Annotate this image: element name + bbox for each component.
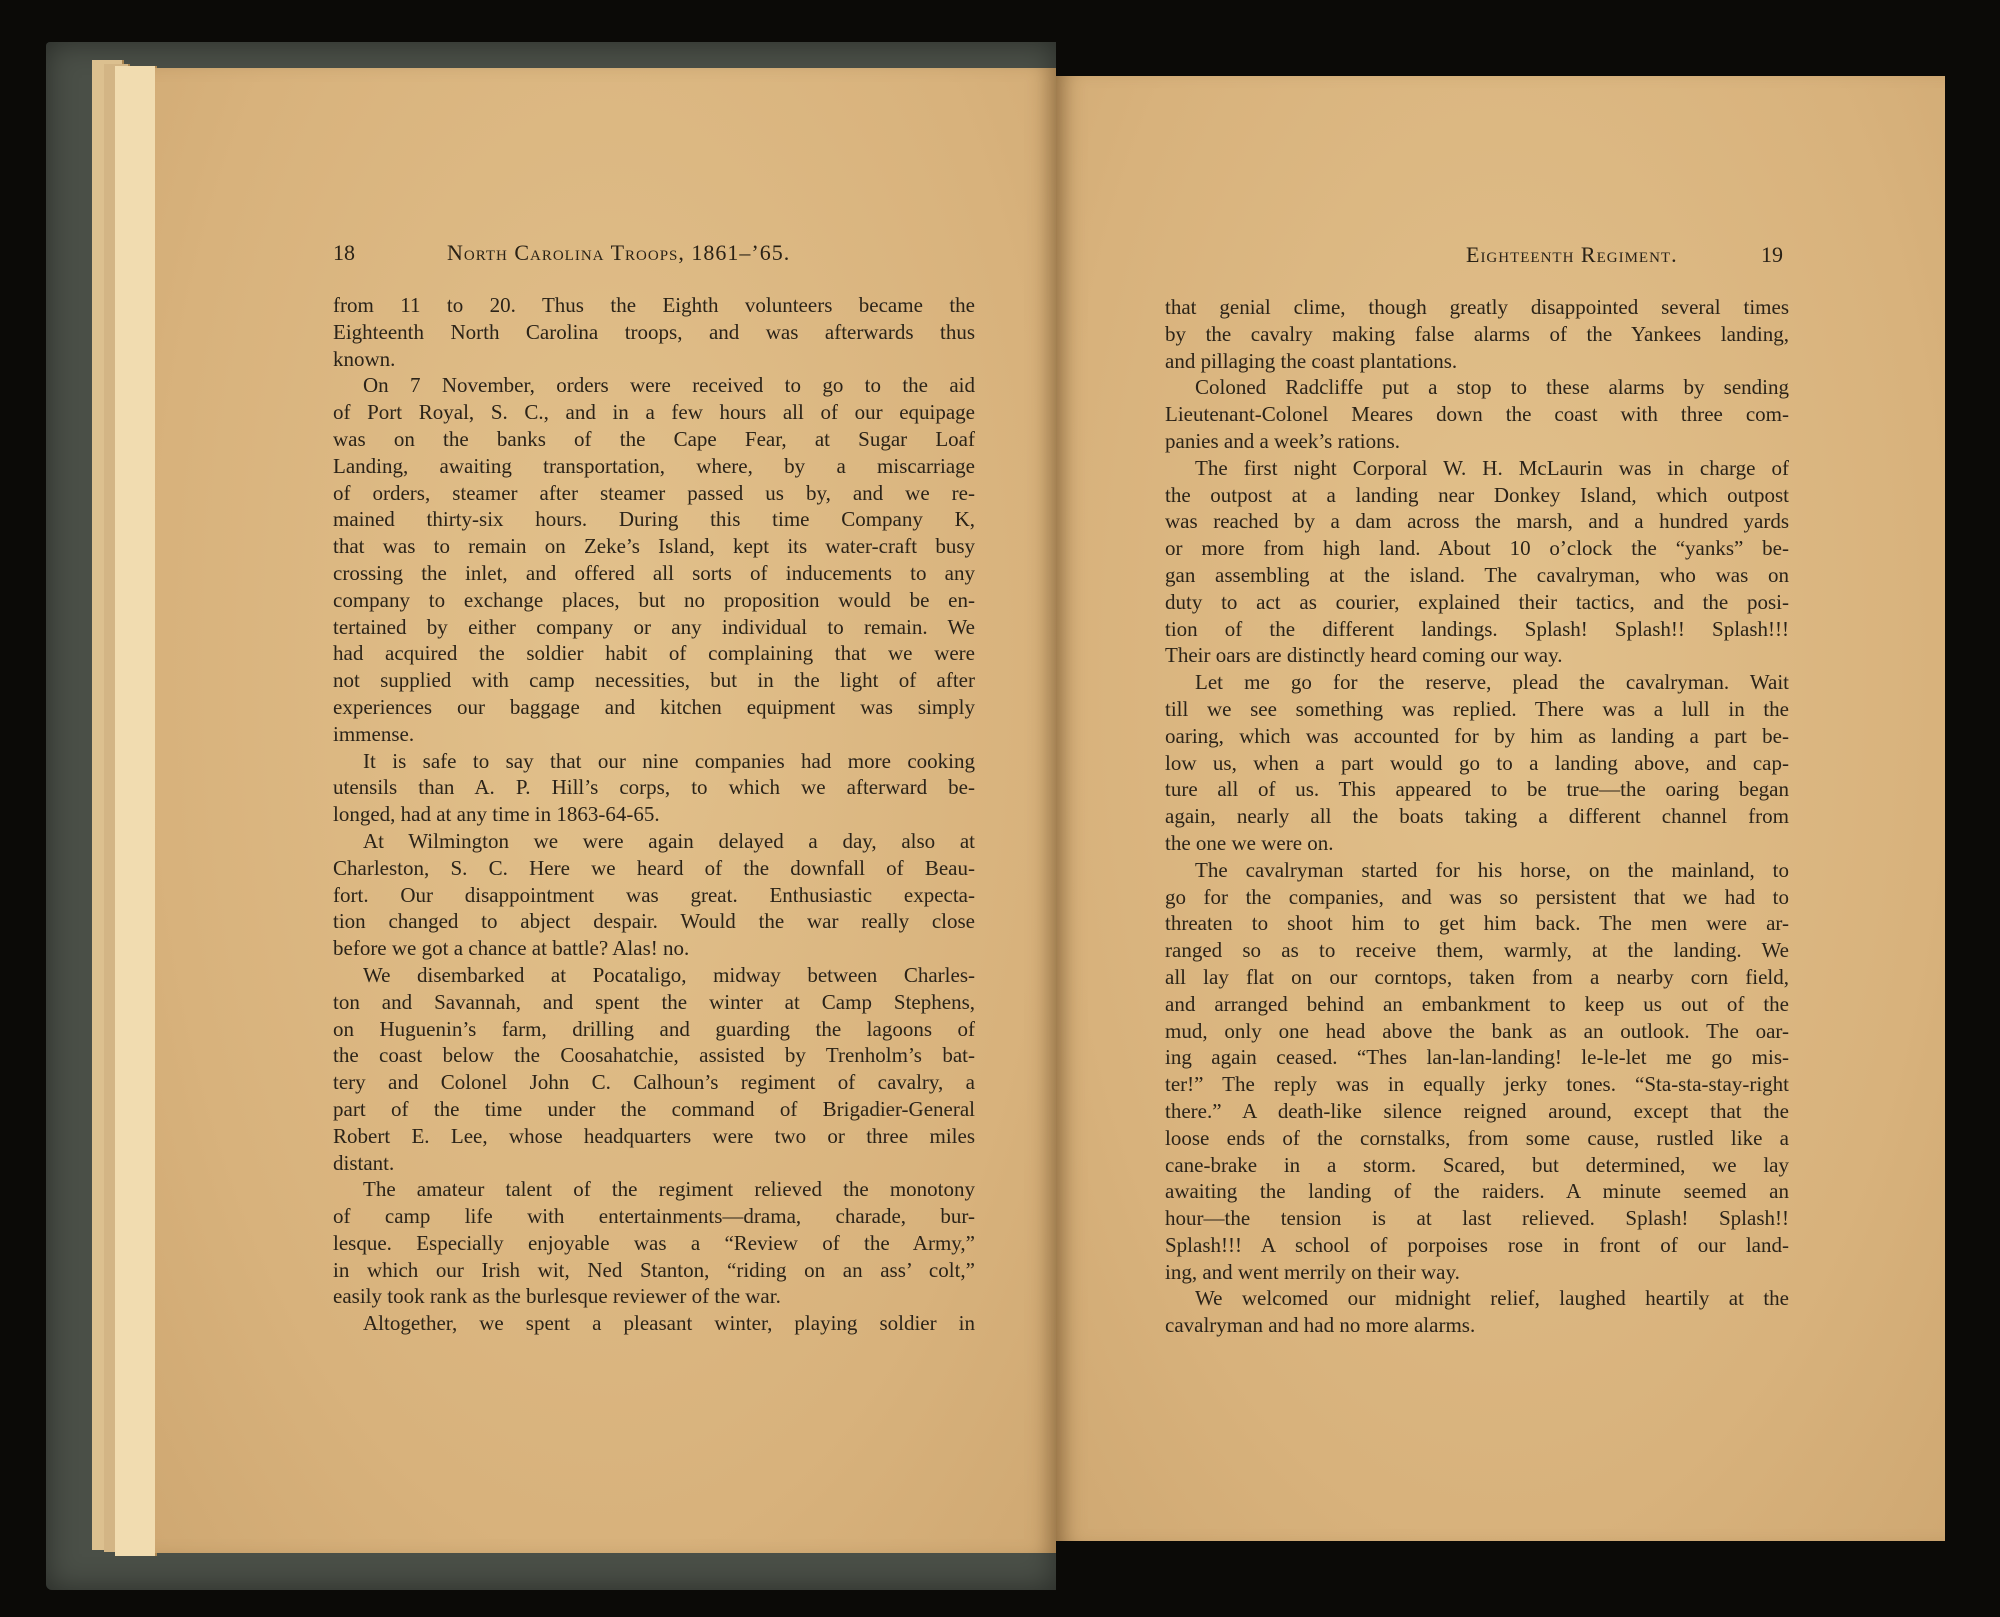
text-line: till we see something was replied. There… <box>1165 696 1789 723</box>
text-line: the one we were on. <box>1165 830 1789 857</box>
text-line: and arranged behind an embankment to kee… <box>1165 991 1789 1018</box>
paragraph: The cavalryman started for his horse, on… <box>1165 857 1789 1286</box>
right-page-body: that genial clime, though greatly disapp… <box>1165 294 1789 1339</box>
text-line: hour—the tension is at last relieved. Sp… <box>1165 1205 1789 1232</box>
text-line: panies and a week’s rations. <box>1165 428 1789 455</box>
text-line: tertained by either company or any indiv… <box>333 614 975 641</box>
text-line: We disembarked at Pocataligo, midway bet… <box>333 962 975 989</box>
text-line: lesque. Especially enjoyable was a “Revi… <box>333 1230 975 1257</box>
text-line: from 11 to 20. Thus the Eighth volunteer… <box>333 292 975 319</box>
text-line: tery and Colonel John C. Calhoun’s regim… <box>333 1069 975 1096</box>
text-line: awaiting the landing of the raiders. A m… <box>1165 1178 1789 1205</box>
text-line: before we got a chance at battle? Alas! … <box>333 935 975 962</box>
text-line: of camp life with entertainments—drama, … <box>333 1203 975 1230</box>
text-line: or more from high land. About 10 o’clock… <box>1165 535 1789 562</box>
left-page-body: from 11 to 20. Thus the Eighth volunteer… <box>333 292 975 1337</box>
text-line: not supplied with camp necessities, but … <box>333 667 975 694</box>
text-line: was on the banks of the Cape Fear, at Su… <box>333 426 975 453</box>
paragraph: We disembarked at Pocataligo, midway bet… <box>333 962 975 1176</box>
text-line: tion of the different landings. Splash! … <box>1165 616 1789 643</box>
text-line: tion changed to abject despair. Would th… <box>333 908 975 935</box>
running-head-left: North Carolina Troops, 1861–’65. <box>447 240 790 266</box>
text-line: that was to remain on Zeke’s Island, kep… <box>333 533 975 560</box>
running-head-right: Eighteenth Regiment. <box>1466 242 1678 268</box>
text-line: oaring, which was accounted for by him a… <box>1165 723 1789 750</box>
text-line: the coast below the Coosahatchie, assist… <box>333 1042 975 1069</box>
text-line: ton and Savannah, and spent the winter a… <box>333 989 975 1016</box>
text-line: The cavalryman started for his horse, on… <box>1165 857 1789 884</box>
page-number-right: 19 <box>1761 242 1783 268</box>
text-line: experiences our baggage and kitchen equi… <box>333 694 975 721</box>
text-line: mained thirty-six hours. During this tim… <box>333 506 975 533</box>
paragraph: We welcomed our midnight relief, laughed… <box>1165 1285 1789 1339</box>
text-line: part of the time under the command of Br… <box>333 1096 975 1123</box>
paragraph: from 11 to 20. Thus the Eighth volunteer… <box>333 292 975 372</box>
paragraph: At Wilmington we were again delayed a da… <box>333 828 975 962</box>
text-line: At Wilmington we were again delayed a da… <box>333 828 975 855</box>
text-line: ing again ceased. “Thes lan-lan-landing!… <box>1165 1044 1789 1071</box>
text-line: go for the companies, and was so persist… <box>1165 884 1789 911</box>
text-line: there.” A death-like silence reigned aro… <box>1165 1098 1789 1125</box>
text-line: On 7 November, orders were received to g… <box>333 372 975 399</box>
text-line: the outpost at a landing near Donkey Isl… <box>1165 482 1789 509</box>
text-line: immense. <box>333 721 975 748</box>
text-line: ter!” The reply was in equally jerky ton… <box>1165 1071 1789 1098</box>
text-line: gan assembling at the island. The cavalr… <box>1165 562 1789 589</box>
text-line: all lay flat on our corntops, taken from… <box>1165 964 1789 991</box>
paragraph: that genial clime, though greatly disapp… <box>1165 294 1789 374</box>
text-line: Coloned Radcliffe put a stop to these al… <box>1165 374 1789 401</box>
text-line: Altogether, we spent a pleasant winter, … <box>333 1310 975 1337</box>
text-line: ture all of us. This appeared to be true… <box>1165 776 1789 803</box>
text-line: ing, and went merrily on their way. <box>1165 1259 1789 1286</box>
text-line: known. <box>333 346 975 373</box>
left-page: 18 North Carolina Troops, 1861–’65. from… <box>155 68 1056 1553</box>
paragraph: On 7 November, orders were received to g… <box>333 372 975 747</box>
text-line: cane-brake in a storm. Scared, but deter… <box>1165 1152 1789 1179</box>
text-line: that genial clime, though greatly disapp… <box>1165 294 1789 321</box>
text-line: distant. <box>333 1150 975 1177</box>
text-line: Robert E. Lee, whose headquarters were t… <box>333 1123 975 1150</box>
text-line: company to exchange places, but no propo… <box>333 587 975 614</box>
text-line: ranged so as to receive them, warmly, at… <box>1165 937 1789 964</box>
text-line: easily took rank as the burlesque review… <box>333 1283 975 1310</box>
text-line: It is safe to say that our nine companie… <box>333 748 975 775</box>
text-line: Their oars are distinctly heard coming o… <box>1165 642 1789 669</box>
text-line: Eighteenth North Carolina troops, and wa… <box>333 319 975 346</box>
text-line: low us, when a part would go to a landin… <box>1165 750 1789 777</box>
text-line: longed, had at any time in 1863-64-65. <box>333 801 975 828</box>
paragraph: The first night Corporal W. H. McLaurin … <box>1165 455 1789 669</box>
paragraph: Coloned Radcliffe put a stop to these al… <box>1165 374 1789 454</box>
flyleaf-edge <box>115 66 157 1556</box>
text-line: threaten to shoot him to get him back. T… <box>1165 910 1789 937</box>
text-line: again, nearly all the boats taking a dif… <box>1165 803 1789 830</box>
text-line: was reached by a dam across the marsh, a… <box>1165 508 1789 535</box>
paragraph: It is safe to say that our nine companie… <box>333 748 975 828</box>
text-line: mud, only one head above the bank as an … <box>1165 1018 1789 1045</box>
text-line: by the cavalry making false alarms of th… <box>1165 321 1789 348</box>
page-number-left: 18 <box>333 240 355 266</box>
text-line: Lieutenant-Colonel Meares down the coast… <box>1165 401 1789 428</box>
text-line: utensils than A. P. Hill’s corps, to whi… <box>333 774 975 801</box>
text-line: in which our Irish wit, Ned Stanton, “ri… <box>333 1257 975 1284</box>
text-line: Landing, awaiting transportation, where,… <box>333 453 975 480</box>
text-line: loose ends of the cornstalks, from some … <box>1165 1125 1789 1152</box>
text-line: on Huguenin’s farm, drilling and guardin… <box>333 1016 975 1043</box>
text-line: crossing the inlet, and offered all sort… <box>333 560 975 587</box>
text-line: We welcomed our midnight relief, laughed… <box>1165 1285 1789 1312</box>
paragraph: Altogether, we spent a pleasant winter, … <box>333 1310 975 1337</box>
text-line: duty to act as courier, explained their … <box>1165 589 1789 616</box>
text-line: The amateur talent of the regiment relie… <box>333 1176 975 1203</box>
paragraph: Let me go for the reserve, plead the cav… <box>1165 669 1789 857</box>
text-line: fort. Our disappointment was great. Enth… <box>333 882 975 909</box>
text-line: and pillaging the coast plantations. <box>1165 348 1789 375</box>
paragraph: The amateur talent of the regiment relie… <box>333 1176 975 1310</box>
text-line: Splash!!! A school of porpoises rose in … <box>1165 1232 1789 1259</box>
text-line: of Port Royal, S. C., and in a few hours… <box>333 399 975 426</box>
text-line: cavalryman and had no more alarms. <box>1165 1312 1789 1339</box>
text-line: Charleston, S. C. Here we heard of the d… <box>333 855 975 882</box>
text-line: of orders, steamer after steamer passed … <box>333 480 975 507</box>
text-line: Let me go for the reserve, plead the cav… <box>1165 669 1789 696</box>
text-line: The first night Corporal W. H. McLaurin … <box>1165 455 1789 482</box>
text-line: had acquired the soldier habit of compla… <box>333 640 975 667</box>
right-page: Eighteenth Regiment. 19 that genial clim… <box>1056 76 1945 1541</box>
